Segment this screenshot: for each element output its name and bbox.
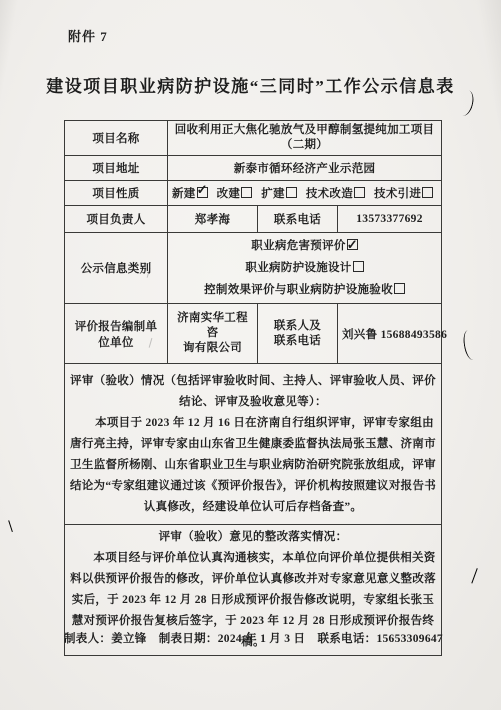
checkbox-option: 改建	[217, 185, 253, 201]
project-nature-options: 新建改建扩建技术改造技术引进	[172, 185, 437, 201]
checkbox-option: 技术改造	[306, 185, 365, 201]
row-publicity-category: 公示信息类别 职业病危害预评价职业病防护设施设计控制效果评价与职业病防护设施验收	[65, 233, 442, 304]
checkbox-option: 控制效果评价与职业病防护设施验收	[172, 279, 437, 301]
checkbox-option-label: 技术改造	[306, 188, 353, 200]
checkbox-option-label: 职业病防护设施设计	[245, 262, 351, 274]
prepared-date-label: 制表日期：	[159, 633, 218, 645]
preparer: 制表人：姜立锋	[64, 630, 147, 646]
unchecked-checkbox-icon	[354, 187, 365, 198]
publicity-info-table: 项目名称 回收利用正大焦化驰放气及甲醇制氢提纯加工项目 （二期） 项目地址 新泰…	[64, 120, 442, 656]
project-address-label: 项目地址	[65, 156, 168, 181]
checkbox-option: 职业病防护设施设计	[172, 257, 437, 279]
unchecked-checkbox-icon	[394, 283, 405, 294]
row-project-leader: 项目负责人 郑孝海 联系电话 13573377692	[65, 206, 442, 233]
prepared-date-value: 2024 年 1 月 3 日	[218, 633, 306, 645]
checkbox-option: 职业病危害预评价	[172, 235, 437, 257]
row-report-unit: 评价报告编制单位单位 济南实华工程咨 询有限公司 联系人及 联系电话 刘兴鲁 1…	[65, 304, 442, 364]
unchecked-checkbox-icon	[241, 187, 252, 198]
leader-phone-value: 13573377692	[338, 206, 442, 233]
checkbox-option-label: 职业病危害预评价	[251, 240, 345, 252]
report-unit-contact-value: 刘兴鲁 15688493586	[338, 304, 442, 364]
unchecked-checkbox-icon	[353, 261, 364, 272]
project-name-label: 项目名称	[65, 121, 168, 156]
prepared-date: 制表日期：2024 年 1 月 3 日	[159, 630, 306, 646]
checkbox-option: 扩建	[261, 185, 297, 201]
checkbox-option: 新建	[172, 185, 208, 201]
project-address-value: 新泰市循环经济产业示范园	[168, 156, 442, 181]
preparer-label: 制表人：	[64, 633, 111, 645]
row-project-address: 项目地址 新泰市循环经济产业示范园	[65, 156, 442, 181]
attachment-label: 附件 7	[68, 26, 108, 45]
footer-phone-value: 15653309647	[376, 633, 443, 645]
row-project-name: 项目名称 回收利用正大焦化驰放气及甲醇制氢提纯加工项目 （二期）	[65, 121, 442, 156]
project-nature-label: 项目性质	[65, 181, 168, 206]
preparer-name: 姜立锋	[111, 633, 146, 645]
checkbox-option-label: 新建	[172, 188, 196, 200]
checkbox-option-label: 控制效果评价与职业病防护设施验收	[204, 284, 393, 296]
project-leader-name: 郑孝海	[168, 206, 258, 233]
publicity-category-label: 公示信息类别	[65, 233, 168, 304]
table-footer: 制表人：姜立锋 制表日期：2024 年 1 月 3 日 联系电话：1565330…	[64, 630, 443, 646]
row-project-nature: 项目性质 新建改建扩建技术改造技术引进	[65, 181, 442, 206]
report-unit-company: 济南实华工程咨 询有限公司	[168, 304, 258, 364]
rectification-heading: 评审（验收）意见的整改落实情况：	[69, 527, 437, 548]
checkbox-option: 技术引进	[374, 185, 433, 201]
report-unit-contact-label: 联系人及 联系电话	[258, 304, 338, 364]
project-name-value: 回收利用正大焦化驰放气及甲醇制氢提纯加工项目 （二期）	[168, 121, 442, 156]
checkbox-option-label: 扩建	[261, 188, 285, 200]
report-unit-label: 评价报告编制单位单位	[65, 304, 168, 364]
unchecked-checkbox-icon	[286, 187, 297, 198]
checkbox-option-label: 改建	[217, 188, 241, 200]
review-body: 本项目于 2023 年 12 月 16 日在济南自行组织评审，评审专家组由唐行亮…	[69, 413, 437, 518]
review-heading: 评审（验收）情况（包括评审验收时间、主持人、评审验收人员、评价结论、评审及验收意…	[69, 371, 437, 413]
leader-phone-label: 联系电话	[258, 206, 338, 233]
project-leader-label: 项目负责人	[65, 206, 168, 233]
footer-phone-label: 联系电话：	[317, 633, 376, 645]
unchecked-checkbox-icon	[422, 187, 433, 198]
footer-phone: 联系电话：15653309647	[317, 630, 443, 646]
page-title: 建设项目职业病防护设施“三同时”工作公示信息表	[0, 72, 501, 97]
publicity-category-options: 职业病危害预评价职业病防护设施设计控制效果评价与职业病防护设施验收	[172, 235, 437, 301]
checkbox-option-label: 技术引进	[374, 188, 421, 200]
row-review-status: 评审（验收）情况（包括评审验收时间、主持人、评审验收人员、评价结论、评审及验收意…	[65, 364, 442, 525]
checked-checkbox-icon	[197, 187, 208, 198]
checked-checkbox-icon	[347, 239, 358, 250]
